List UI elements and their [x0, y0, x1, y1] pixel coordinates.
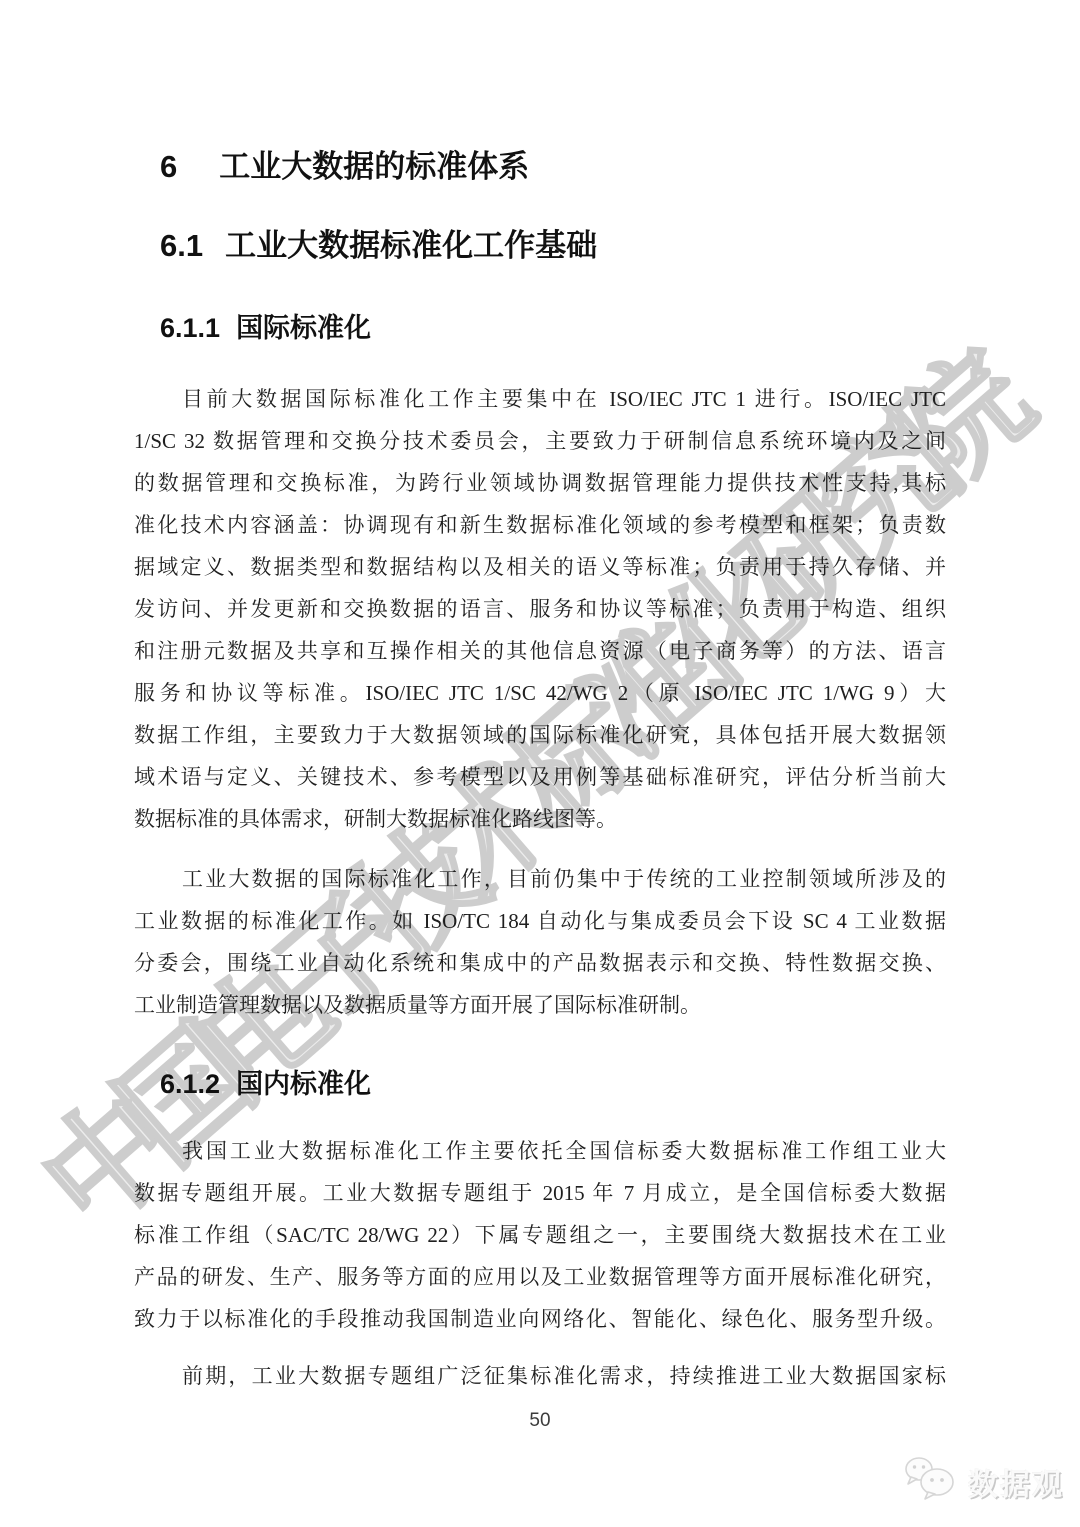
text-line: 的数据管理和交换标准，为跨行业领域协调数据管理能力提供技术性支持,其标 [134, 462, 946, 504]
paragraph-intl-1: 目前大数据国际标准化工作主要集中在 ISO/IEC JTC 1 进行。ISO/I… [134, 378, 946, 840]
text-line: 准化技术内容涵盖：协调现有和新生数据标准化领域的参考模型和框架；负责数 [134, 504, 946, 546]
text-line: 产品的研发、生产、服务等方面的应用以及工业数据管理等方面开展标准化研究， [134, 1256, 946, 1298]
page-content: 6工业大数据的标准体系 6.1工业大数据标准化工作基础 6.1.1国际标准化 目… [0, 0, 1080, 1433]
document-page: 中国电子技术标准化研究院 6工业大数据的标准体系 6.1工业大数据标准化工作基础… [0, 0, 1080, 1527]
subsection-number: 6.1.1 [160, 312, 220, 344]
page-number: 50 [134, 1409, 946, 1433]
section-title: 工业大数据标准化工作基础 [225, 228, 597, 263]
text-line: 分委会，围绕工业自动化系统和集成中的产品数据表示和交换、特性数据交换、 [134, 942, 946, 984]
wechat-bubbles-icon [904, 1456, 958, 1507]
subsection-heading-domestic: 6.1.2国内标准化 [160, 1068, 946, 1100]
text-line: 标准工作组（SAC/TC 28/WG 22）下属专题组之一，主要围绕大数据技术在… [134, 1214, 946, 1256]
text-line: 致力于以标准化的手段推动我国制造业向网络化、智能化、绿色化、服务型升级。 [134, 1298, 946, 1340]
text-line: 目前大数据国际标准化工作主要集中在 ISO/IEC JTC 1 进行。ISO/I… [134, 378, 946, 420]
paragraph-domestic-2: 前期，工业大数据专题组广泛征集标准化需求，持续推进工业大数据国家标 [134, 1355, 946, 1397]
brand-name: 数据观 [968, 1460, 1064, 1504]
text-line: 和注册元数据及共享和互操作相关的其他信息资源（电子商务等）的方法、语言 [134, 630, 946, 672]
text-line: 1/SC 32 数据管理和交换分技术委员会，主要致力于研制信息系统环境内及之间 [134, 420, 946, 462]
section-number: 6.1 [160, 227, 203, 264]
section-heading: 6.1工业大数据标准化工作基础 [160, 227, 946, 264]
paragraph-intl-2: 工业大数据的国际标准化工作，目前仍集中于传统的工业控制领域所涉及的 工业数据的标… [134, 858, 946, 1026]
chapter-heading: 6工业大数据的标准体系 [160, 148, 946, 185]
text-line: 工业数据的标准化工作。如 ISO/TC 184 自动化与集成委员会下设 SC 4… [134, 900, 946, 942]
text-line: 数据专题组开展。工业大数据专题组于 2015 年 7 月成立，是全国信标委大数据 [134, 1172, 946, 1214]
subsection-heading-intl: 6.1.1国际标准化 [160, 312, 946, 344]
text-line: 我国工业大数据标准化工作主要依托全国信标委大数据标准工作组工业大 [134, 1130, 946, 1172]
text-line: 服务和协议等标准。ISO/IEC JTC 1/SC 42/WG 2（原 ISO/… [134, 672, 946, 714]
chapter-number: 6 [160, 148, 177, 185]
brand-footer: 数据观 [904, 1456, 1064, 1507]
subsection-number: 6.1.2 [160, 1068, 220, 1100]
text-line: 工业大数据的国际标准化工作，目前仍集中于传统的工业控制领域所涉及的 [134, 858, 946, 900]
text-line: 前期，工业大数据专题组广泛征集标准化需求，持续推进工业大数据国家标 [134, 1355, 946, 1397]
chapter-title: 工业大数据的标准体系 [219, 149, 529, 184]
text-line: 据域定义、数据类型和数据结构以及相关的语义等标准；负责用于持久存储、并 [134, 546, 946, 588]
text-line: 域术语与定义、关键技术、参考模型以及用例等基础标准研究，评估分析当前大 [134, 756, 946, 798]
subsection-title: 国内标准化 [236, 1069, 371, 1099]
text-line: 数据工作组，主要致力于大数据领域的国际标准化研究，具体包括开展大数据领 [134, 714, 946, 756]
text-line: 发访问、并发更新和交换数据的语言、服务和协议等标准；负责用于构造、组织 [134, 588, 946, 630]
text-line: 工业制造管理数据以及数据质量等方面开展了国际标准研制。 [134, 984, 946, 1026]
subsection-title: 国际标准化 [236, 313, 371, 343]
paragraph-domestic-1: 我国工业大数据标准化工作主要依托全国信标委大数据标准工作组工业大 数据专题组开展… [134, 1130, 946, 1340]
text-line: 数据标准的具体需求，研制大数据标准化路线图等。 [134, 798, 946, 840]
